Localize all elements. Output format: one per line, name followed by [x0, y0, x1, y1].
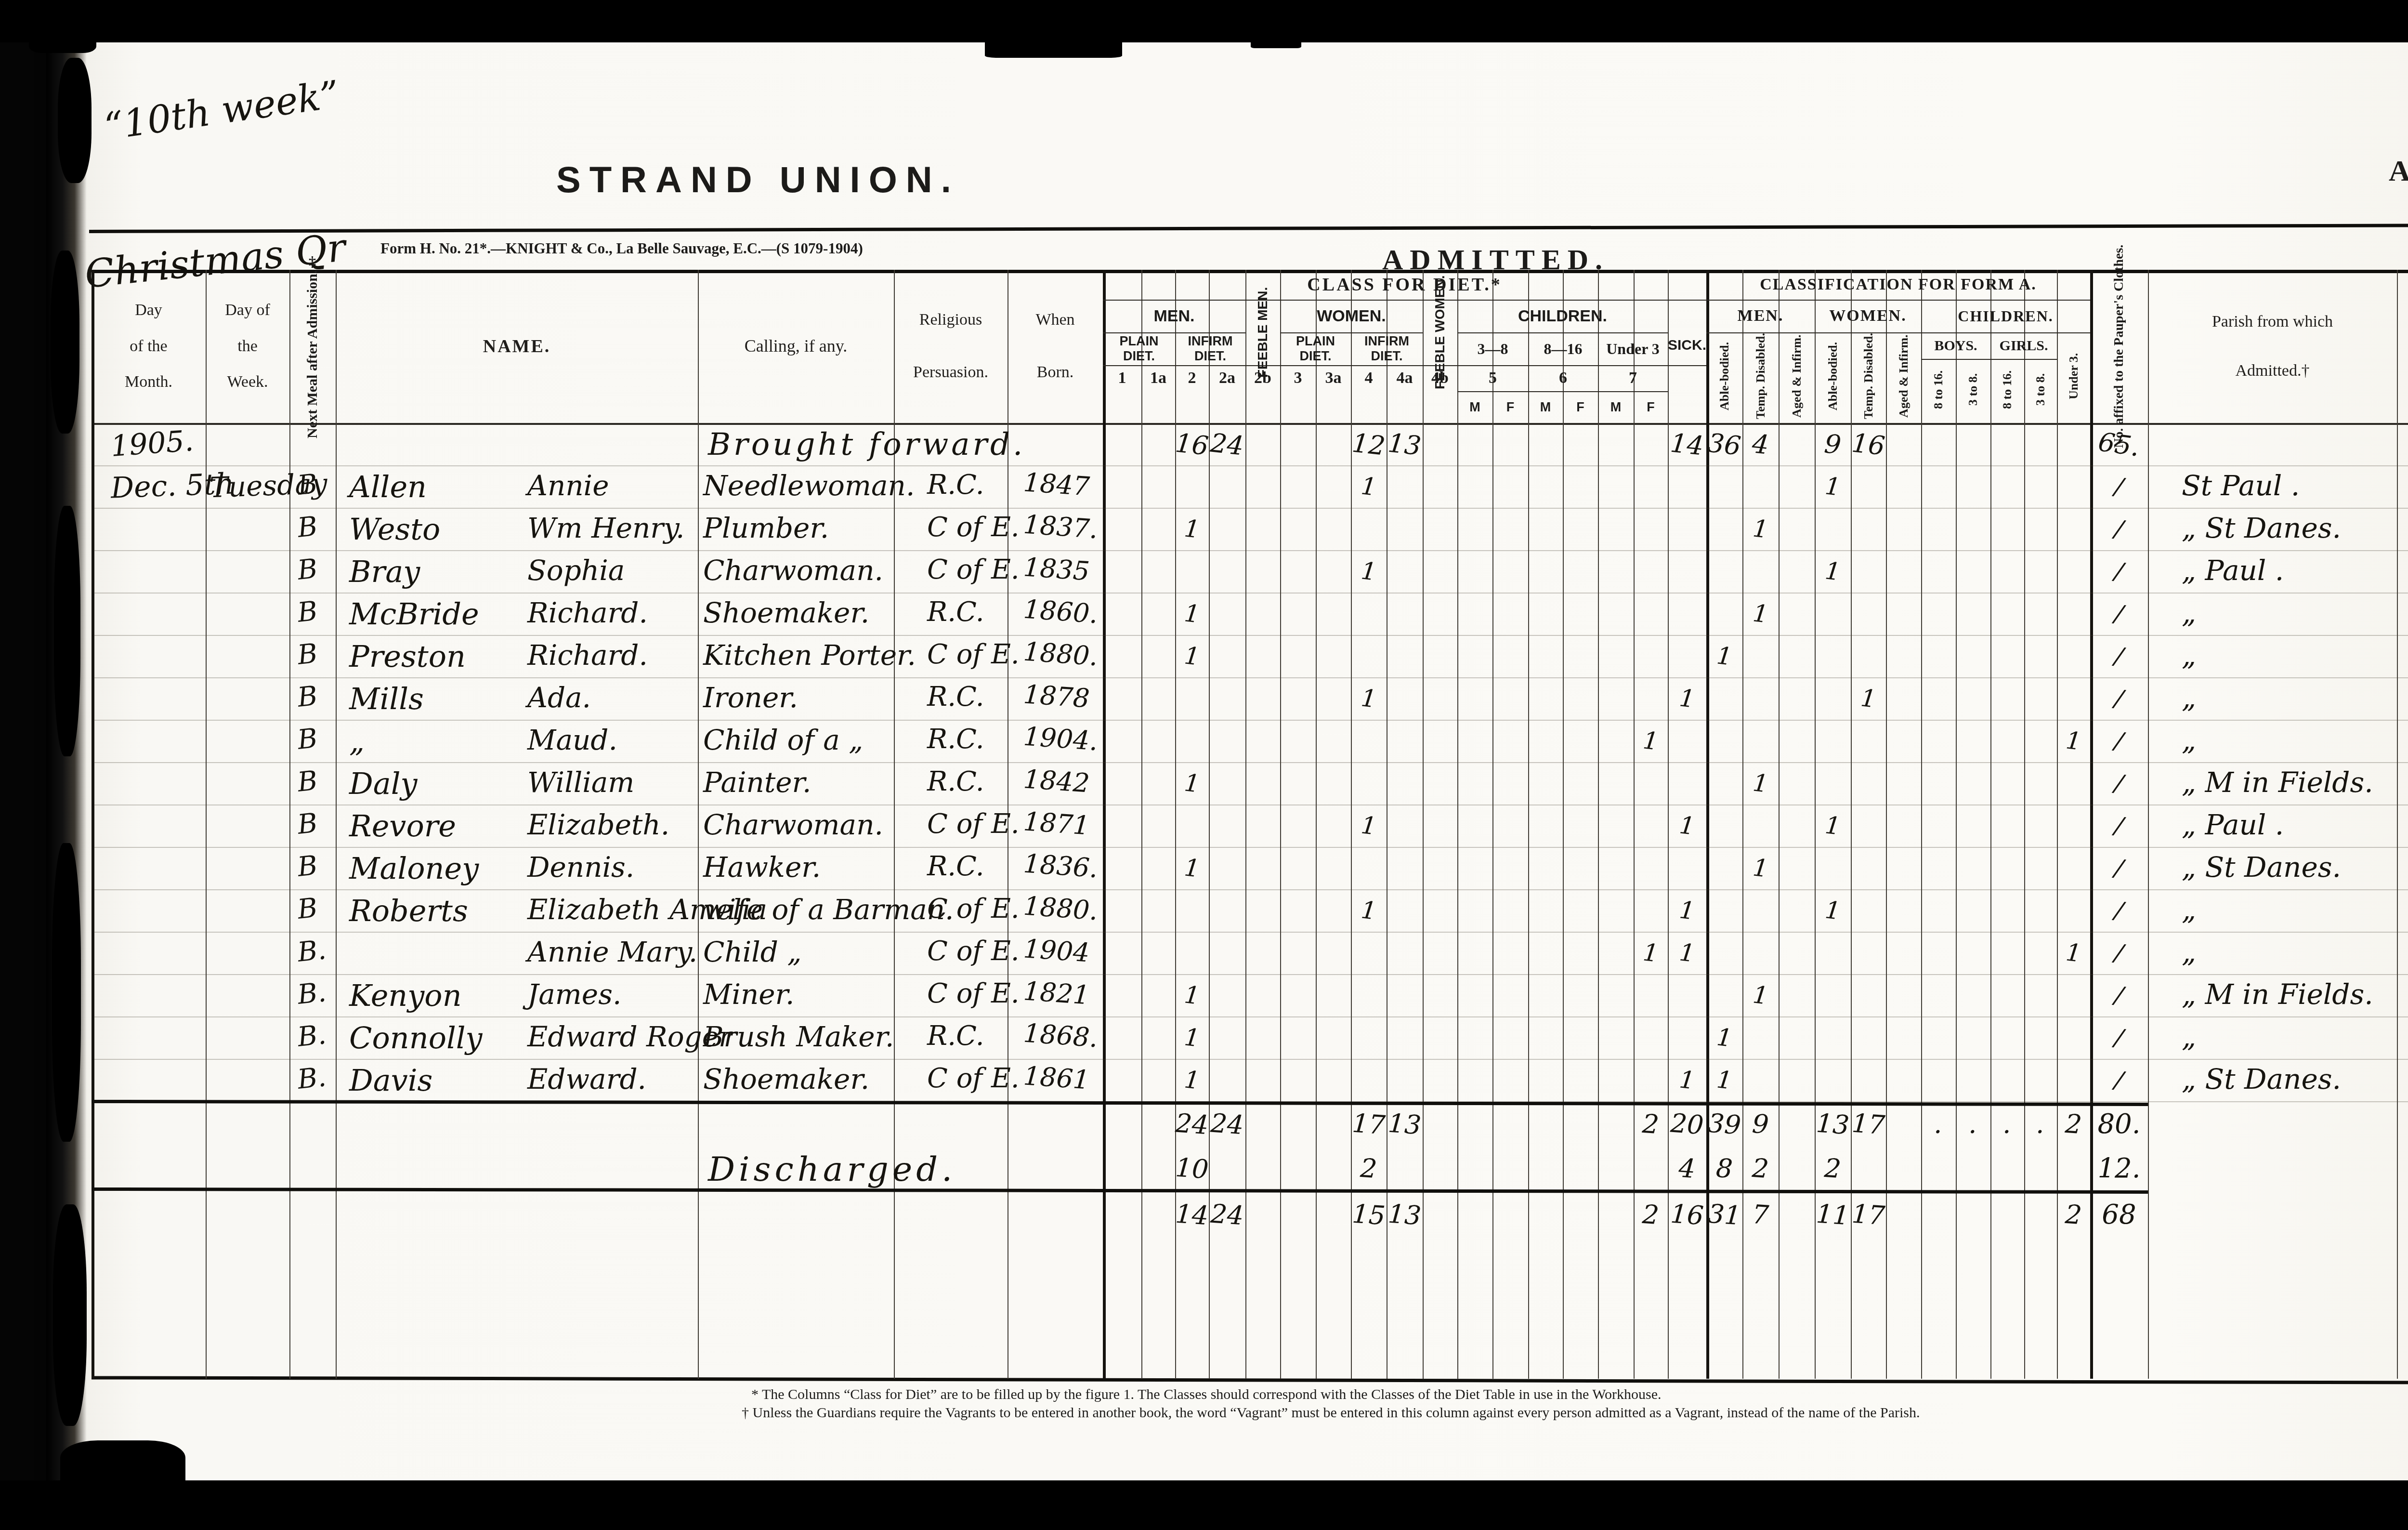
- diet-number-7: 7: [1598, 365, 1668, 391]
- cell-meal-4: B: [296, 595, 319, 629]
- scan-artifact: [60, 1440, 185, 1498]
- cell-religion-4: R.C.: [927, 596, 984, 628]
- mark-m_temp: 1: [1741, 760, 1781, 806]
- col-no-affixed: No. affixed to the Pauper's Clothes.: [2094, 275, 2144, 418]
- mark-m_temp: 1: [1741, 591, 1781, 636]
- cls-children: CHILDREN.: [1921, 300, 2090, 332]
- column-line: [1921, 270, 1922, 1379]
- cell-forename-5: Richard.: [527, 639, 648, 672]
- cell-meal-1: B: [296, 468, 319, 501]
- cell-religion-14: R.C.: [927, 1020, 984, 1052]
- column-line: [1457, 270, 1458, 1379]
- col-day-of-week: Day of the Week.: [206, 270, 289, 423]
- row-rule: [94, 847, 2408, 848]
- cell-calling-14: Brush Maker.: [703, 1020, 894, 1053]
- cell-meal-14: B.: [296, 1019, 327, 1053]
- children-mf-3: F: [1563, 391, 1598, 423]
- children-mf-1: F: [1492, 391, 1528, 423]
- cell-forename-6: Ada.: [527, 681, 591, 714]
- cls-men-temp: Temp. Disabled.: [1742, 332, 1779, 420]
- cell-religion-12: C of E.: [927, 936, 1020, 967]
- cell-parish-11: „: [2182, 893, 2196, 926]
- row-rule: [94, 805, 2408, 805]
- cell-meal-13: B.: [296, 976, 327, 1011]
- column-line: [1280, 270, 1281, 1379]
- cell-parish-10: „ St Danes.: [2182, 851, 2341, 884]
- mark-m_able: 36: [1704, 421, 1745, 467]
- children-range-816: 8—16: [1528, 332, 1598, 365]
- mark-sick: 1: [1666, 1057, 1709, 1103]
- cell-surname-10: Maloney: [349, 851, 479, 886]
- scan-artifact: [51, 251, 79, 434]
- cell-religion-1: R.C.: [927, 469, 984, 501]
- children-mf-2: M: [1528, 391, 1563, 423]
- scan-artifact: [54, 506, 80, 756]
- total-remaining-d7f: 2: [1632, 1192, 1669, 1238]
- cell-forename-3: Sophia: [527, 554, 625, 587]
- cell-meal-8: B: [296, 765, 319, 798]
- row-rule: [94, 1059, 2408, 1060]
- cell-religion-9: C of E.: [927, 808, 1020, 840]
- cell-born-3: 1835: [1022, 552, 1090, 586]
- total-admitted-d2a: 24: [1207, 1101, 1247, 1147]
- cell-born-8: 1842: [1022, 764, 1090, 798]
- cls-women: WOMEN.: [1815, 300, 1921, 332]
- total-admitted-d4a: 13: [1385, 1101, 1424, 1147]
- mark-d2: 1: [1173, 506, 1211, 552]
- cell-meal-3: B: [296, 553, 319, 586]
- total-discharged-d2: 10: [1174, 1146, 1210, 1191]
- cell-surname-2: Westo: [349, 512, 440, 547]
- cell-calling-4: Shoemaker.: [703, 596, 869, 629]
- children-mf-5: F: [1634, 391, 1668, 423]
- cell-religion-3: C of E.: [927, 554, 1020, 585]
- cell-born-14: 1868.: [1022, 1018, 1099, 1054]
- mark-under3: 1: [2055, 718, 2093, 764]
- cell-surname-6: Mills: [349, 681, 424, 716]
- cell-born-15: 1861: [1022, 1060, 1090, 1095]
- col-parish: Parish from which Admitted.†: [2148, 270, 2397, 423]
- total-admitted-d4: 17: [1349, 1101, 1388, 1147]
- children-range-under3: Under 3: [1598, 332, 1668, 365]
- diet-number-4b: 4b: [1423, 365, 1457, 391]
- cell-born-6: 1878: [1022, 679, 1090, 713]
- diet-feeble-women: FEEBLE WOMEN.: [1423, 302, 1457, 363]
- cell-parish-8: „ M in Fields.: [2182, 766, 2373, 799]
- total-admitted-no: 80.: [2090, 1102, 2148, 1146]
- total-admitted-g816: .: [1989, 1101, 2026, 1147]
- total-discharged-m_temp: 2: [1741, 1145, 1780, 1191]
- scan-artifact: [1251, 26, 1301, 48]
- cell-calling-12: Child „: [703, 936, 801, 968]
- cell-surname-13: Kenyon: [349, 978, 462, 1013]
- total-remaining-d2a: 24: [1207, 1191, 1247, 1237]
- total-discharged-m_able: 8: [1705, 1145, 1744, 1191]
- row-rule: [94, 762, 2408, 763]
- diet-number-2b: 2b: [1245, 365, 1280, 391]
- scan-artifact: [58, 58, 92, 183]
- cell-born-7: 1904.: [1022, 721, 1099, 757]
- cell-born-5: 1880.: [1022, 636, 1099, 672]
- cls-title: CLASSIFICATION FOR FORM A.: [1706, 270, 2090, 300]
- cell-forename-10: Dennis.: [527, 851, 634, 884]
- total-discharged-label: Discharged.: [708, 1149, 956, 1189]
- footnote-1: * The Columns “Class for Diet” are to be…: [751, 1386, 1662, 1403]
- cell-surname-11: Roberts: [349, 893, 468, 928]
- cell-meal-12: B.: [296, 934, 327, 968]
- cls-girls-816: 8 to 16.: [1990, 359, 2024, 420]
- mark-sick: 14: [1666, 421, 1709, 467]
- diet-number-1: 1: [1103, 365, 1141, 391]
- column-line: [1990, 270, 1991, 1379]
- cell-forename-4: Richard.: [527, 596, 648, 629]
- cell-surname-14: Connolly: [349, 1020, 483, 1055]
- column-line: [2024, 270, 2025, 1379]
- cell-forename-14: Edward Roger: [527, 1020, 732, 1053]
- cell-surname-3: Bray: [349, 554, 420, 589]
- cell-meal-7: B: [296, 723, 319, 756]
- diet-number-5: 5: [1457, 365, 1528, 391]
- cell-religion-8: R.C.: [927, 766, 984, 797]
- mark-sick: 1: [1666, 803, 1709, 849]
- col-religious: Religious Persuasion.: [894, 270, 1008, 423]
- mark-sick: 1: [1666, 930, 1709, 976]
- cls-women-able: Able-bodied.: [1815, 332, 1851, 420]
- mark-m_able: 1: [1704, 1015, 1745, 1060]
- cell-born-2: 1837.: [1022, 509, 1099, 545]
- cell-meal-10: B: [296, 850, 319, 883]
- diet-men-infirm: INFIRM DIET.: [1175, 332, 1245, 365]
- cell-born-4: 1860.: [1022, 594, 1099, 630]
- scan-artifact: [985, 29, 1122, 58]
- mark-d2: 1: [1173, 591, 1211, 637]
- cell-forename-13: James.: [527, 978, 621, 1011]
- mark-d4: 1: [1349, 548, 1389, 594]
- cell-calling-9: Charwoman.: [703, 808, 883, 841]
- mark-d2: 1: [1173, 845, 1211, 891]
- cell-meal-15: B.: [296, 1061, 327, 1095]
- cell-religion-13: C of E.: [927, 978, 1020, 1009]
- cell-calling-5: Kitchen Porter.: [703, 639, 916, 672]
- cls-men-able: Able-bodied.: [1706, 332, 1742, 420]
- diet-number-3a: 3a: [1316, 365, 1351, 391]
- diet-men: MEN.: [1103, 300, 1245, 332]
- cls-men-aged: Aged & Infirm.: [1779, 332, 1815, 420]
- total-remaining-m_able: 31: [1705, 1191, 1744, 1237]
- cls-women-temp: Temp. Disabled.: [1851, 332, 1886, 420]
- column-line: [1141, 270, 1142, 1379]
- union-title: STRAND UNION.: [556, 159, 960, 201]
- column-line: [2397, 270, 2398, 1379]
- mark-w_able: 9: [1813, 421, 1853, 467]
- mark-sick: 1: [1666, 675, 1709, 722]
- cell-calling-13: Miner.: [703, 978, 794, 1011]
- column-line: [1563, 270, 1564, 1379]
- total-remaining-under3: 2: [2055, 1192, 2092, 1238]
- cell-meal-9: B: [296, 807, 319, 841]
- total-remaining-d4: 15: [1349, 1192, 1388, 1238]
- total-admitted-m_temp: 9: [1741, 1101, 1780, 1147]
- mark-d4: 1: [1349, 463, 1389, 509]
- row-rule: [94, 974, 2408, 975]
- cell-calling-3: Charwoman.: [703, 554, 883, 587]
- children-range-38: 3—8: [1457, 332, 1528, 365]
- cell-forename-1: Annie: [527, 469, 609, 502]
- row-rule: [94, 889, 2408, 890]
- cls-under3: Under 3.: [2057, 332, 2090, 420]
- mark-under3: 1: [2055, 930, 2093, 976]
- cell-religion-6: R.C.: [927, 681, 984, 712]
- total-remaining-sick: 16: [1666, 1191, 1708, 1237]
- total-admitted-b38: .: [1954, 1101, 1992, 1147]
- cell-no-15: /: [2087, 1055, 2150, 1105]
- cls-boys-816: 8 to 16.: [1921, 359, 1956, 420]
- cell-meal-2: B: [296, 511, 319, 544]
- mark-d2: 1: [1173, 1057, 1211, 1103]
- mark-d7f: 1: [1632, 718, 1670, 764]
- mark-sick: 1: [1666, 887, 1709, 934]
- total-admitted-b816: .: [1920, 1101, 1957, 1147]
- mark-d2a: 24: [1207, 421, 1248, 467]
- scan-artifact: [52, 843, 81, 1142]
- cell-parish-15: „ St Danes.: [2182, 1063, 2341, 1095]
- table-header-bottom: [92, 423, 2408, 425]
- cell-religion-7: R.C.: [927, 724, 984, 755]
- total-admitted-m_able: 39: [1705, 1101, 1744, 1147]
- cls-boys-38: 3 to 8.: [1956, 359, 1990, 420]
- cell-calling-11: wife of a Barman.: [703, 893, 954, 926]
- col-name: NAME.: [336, 270, 698, 423]
- total-discharged-sick: 4: [1666, 1145, 1708, 1191]
- col-next-meal-label: Next Meal after Admission.‡: [289, 274, 336, 419]
- total-remaining-w_able: 11: [1813, 1191, 1852, 1237]
- cell-forename-2: Wm Henry.: [527, 512, 685, 544]
- cell-parish-13: „ M in Fields.: [2182, 978, 2373, 1011]
- diet-children: CHILDREN.: [1457, 300, 1668, 332]
- diet-number-2a: 2a: [1209, 365, 1245, 391]
- cell-parish-5: „: [2182, 639, 2196, 672]
- mark-d4: 1: [1349, 675, 1389, 721]
- cell-parish-12: „: [2182, 936, 2196, 968]
- mark-m_temp: 1: [1741, 972, 1781, 1018]
- mark-w_temp: 16: [1849, 421, 1888, 467]
- column-line: [1103, 270, 1106, 1379]
- scan-artifact: [29, 19, 96, 53]
- cell-born-10: 1836.: [1022, 848, 1099, 884]
- diet-number-4a: 4a: [1387, 365, 1423, 391]
- cell-religion-15: C of E.: [927, 1063, 1020, 1094]
- cell-day-0: 1905.: [110, 424, 195, 463]
- col-calling: Calling, if any.: [698, 270, 894, 423]
- diet-number-2: 2: [1175, 365, 1209, 391]
- mark-d2: 1: [1173, 1015, 1211, 1061]
- mark-w_able: 1: [1813, 803, 1853, 848]
- cls-women-aged: Aged & Infirm.: [1886, 332, 1921, 420]
- mark-d7f: 1: [1632, 930, 1670, 976]
- row-rule: [94, 1016, 2408, 1017]
- total-admitted-under3: 2: [2055, 1101, 2092, 1147]
- column-line: [1316, 270, 1317, 1379]
- cell-calling-7: Child of a „: [703, 724, 863, 756]
- mark-d2: 1: [1173, 633, 1211, 679]
- footnote-2: † Unless the Guardians require the Vagra…: [742, 1405, 1920, 1421]
- total-admitted-w_temp: 17: [1849, 1101, 1887, 1147]
- row-rule: [94, 550, 2408, 551]
- mark-d4: 1: [1349, 803, 1389, 848]
- diet-women: WOMEN.: [1280, 300, 1423, 332]
- column-line: [206, 270, 207, 1379]
- cell-meal-5: B: [296, 638, 319, 671]
- cell-forename-15: Edward.: [527, 1063, 646, 1095]
- cell-religion-10: R.C.: [927, 851, 984, 882]
- col-day-of-month: Day of the Month.: [92, 270, 206, 423]
- cell-forename-7: Maud.: [527, 724, 617, 756]
- diet-women-infirm: INFIRM DIET.: [1351, 332, 1423, 365]
- cell-calling-10: Hawker.: [703, 851, 821, 884]
- total-admitted-d7f: 2: [1632, 1101, 1669, 1147]
- cell-calling-1: Needlewoman.: [703, 469, 915, 502]
- total-remaining-no: 68: [2090, 1193, 2148, 1236]
- scan-background-top: [0, 0, 2408, 42]
- cell-surname-1: Allen: [349, 469, 427, 504]
- diet-women-plain: PLAIN DIET.: [1280, 332, 1351, 365]
- col-order: By whose Order Admitted.: [2397, 270, 2408, 423]
- mark-d4: 12: [1349, 421, 1389, 467]
- cls-girls-38: 3 to 8.: [2024, 359, 2057, 420]
- total-admitted-g38: .: [2023, 1101, 2058, 1147]
- cell-calling-6: Ironer.: [703, 681, 798, 714]
- diet-number-6: 6: [1528, 365, 1598, 391]
- total-remaining-d4a: 13: [1385, 1191, 1424, 1237]
- total-remaining-w_temp: 17: [1849, 1192, 1887, 1238]
- cell-parish-7: „: [2182, 724, 2196, 756]
- mark-d2: 1: [1173, 761, 1211, 806]
- cell-surname-9: Revore: [349, 808, 456, 844]
- total-remaining-d2: 14: [1174, 1192, 1210, 1238]
- mark-d2: 1: [1173, 973, 1211, 1018]
- column-line: [1598, 270, 1599, 1379]
- cell-religion-11: C of E.: [927, 893, 1020, 924]
- cell-meal-6: B: [296, 680, 319, 713]
- cell-parish-9: „ Paul .: [2182, 808, 2284, 841]
- diet-feeble-men: FEEBLE MEN.: [1245, 302, 1280, 363]
- cell-surname-5: Preston: [349, 639, 466, 674]
- scan-artifact: [53, 1204, 87, 1426]
- column-line: [1956, 270, 1957, 1379]
- total-discharged-d4: 2: [1349, 1146, 1388, 1191]
- scan-background-bottom: [0, 1480, 2408, 1530]
- cell-calling-8: Painter.: [703, 766, 811, 799]
- col-when-born: When Born.: [1008, 270, 1103, 423]
- diet-sick: SICK.: [1668, 300, 1706, 391]
- cell-brought-forward: Brought forward.: [708, 427, 1025, 462]
- row-rule: [94, 635, 2408, 636]
- cell-forename-12: Annie Mary.: [527, 936, 697, 968]
- total-admitted-w_able: 13: [1813, 1101, 1852, 1147]
- mark-m_temp: 1: [1741, 506, 1781, 552]
- mark-d2: 16: [1173, 422, 1211, 467]
- cell-born-9: 1871: [1022, 806, 1090, 841]
- scanned-register-page: “10th week” Christmas Qr STRAND UNION. F…: [0, 0, 2408, 1530]
- cell-meal-11: B: [296, 892, 319, 925]
- mark-w_able: 1: [1813, 887, 1853, 933]
- column-line: [1528, 270, 1529, 1379]
- column-line: [289, 270, 290, 1379]
- total-discharged-no: 12.: [2090, 1147, 2148, 1190]
- children-mf-4: M: [1598, 391, 1634, 423]
- cls-boys: BOYS.: [1921, 332, 1990, 359]
- cell-religion-5: C of E.: [927, 639, 1020, 670]
- column-line: [698, 270, 699, 1379]
- cls-girls: GIRLS.: [1990, 332, 2057, 359]
- cell-parish-6: „: [2182, 681, 2196, 714]
- mark-m_temp: 4: [1741, 421, 1781, 467]
- mark-w_temp: 1: [1849, 675, 1888, 721]
- cell-forename-9: Elizabeth.: [527, 808, 669, 841]
- cell-parish-3: „ Paul .: [2182, 554, 2284, 587]
- column-line: [92, 270, 94, 1379]
- cell-born-13: 1821: [1022, 976, 1090, 1010]
- total-remaining-m_temp: 7: [1741, 1191, 1780, 1237]
- cell-surname-8: Daly: [349, 766, 418, 801]
- children-mf-0: M: [1457, 391, 1492, 423]
- total-discharged-w_able: 2: [1813, 1145, 1852, 1191]
- row-rule: [94, 593, 2408, 594]
- cell-calling-2: Plumber.: [703, 512, 829, 544]
- form-imprint-line: Form H. No. 21*.—KNIGHT & Co., La Belle …: [380, 240, 863, 257]
- cell-parish-2: „ St Danes.: [2182, 512, 2341, 544]
- right-page-title: ADMISSION AND: [2389, 154, 2408, 188]
- cell-parish-4: „: [2182, 596, 2196, 629]
- mark-w_able: 1: [1813, 548, 1853, 594]
- cell-born-1: 1847: [1022, 467, 1090, 501]
- diet-number-3: 3: [1280, 365, 1316, 391]
- mark-m_temp: 1: [1741, 845, 1781, 891]
- cell-surname-15: Davis: [349, 1063, 432, 1098]
- total-admitted-sick: 20: [1666, 1101, 1708, 1147]
- cell-born-11: 1880.: [1022, 891, 1099, 926]
- diet-number-1a: 1a: [1141, 365, 1175, 391]
- cell-surname-7: „: [349, 724, 365, 759]
- column-line: [1492, 270, 1493, 1379]
- mark-w_able: 1: [1813, 463, 1853, 509]
- row-rule: [94, 677, 2408, 678]
- column-line: [336, 270, 337, 1379]
- cell-forename-8: William: [527, 766, 634, 799]
- cls-men: MEN.: [1706, 300, 1815, 332]
- diet-number-4: 4: [1351, 365, 1387, 391]
- diet-men-plain: PLAIN DIET.: [1103, 332, 1175, 365]
- row-rule: [94, 465, 2408, 466]
- mark-m_able: 1: [1704, 633, 1745, 679]
- cell-parish-14: „: [2182, 1020, 2196, 1053]
- row-rule: [94, 508, 2408, 509]
- mark-d4: 1: [1349, 887, 1389, 933]
- total-admitted-d2: 24: [1174, 1101, 1210, 1147]
- cell-calling-15: Shoemaker.: [703, 1063, 869, 1095]
- diet-title: CLASS FOR DIET.*: [1103, 270, 1706, 300]
- mark-m_able: 1: [1704, 1057, 1745, 1103]
- cell-born-12: 1904: [1022, 933, 1090, 968]
- register-left-page: [63, 42, 2408, 1480]
- cell-surname-4: McBride: [349, 596, 479, 632]
- cell-religion-2: C of E.: [927, 512, 1020, 543]
- cell-parish-1: St Paul .: [2182, 469, 2300, 502]
- mark-d4a: 13: [1385, 421, 1425, 467]
